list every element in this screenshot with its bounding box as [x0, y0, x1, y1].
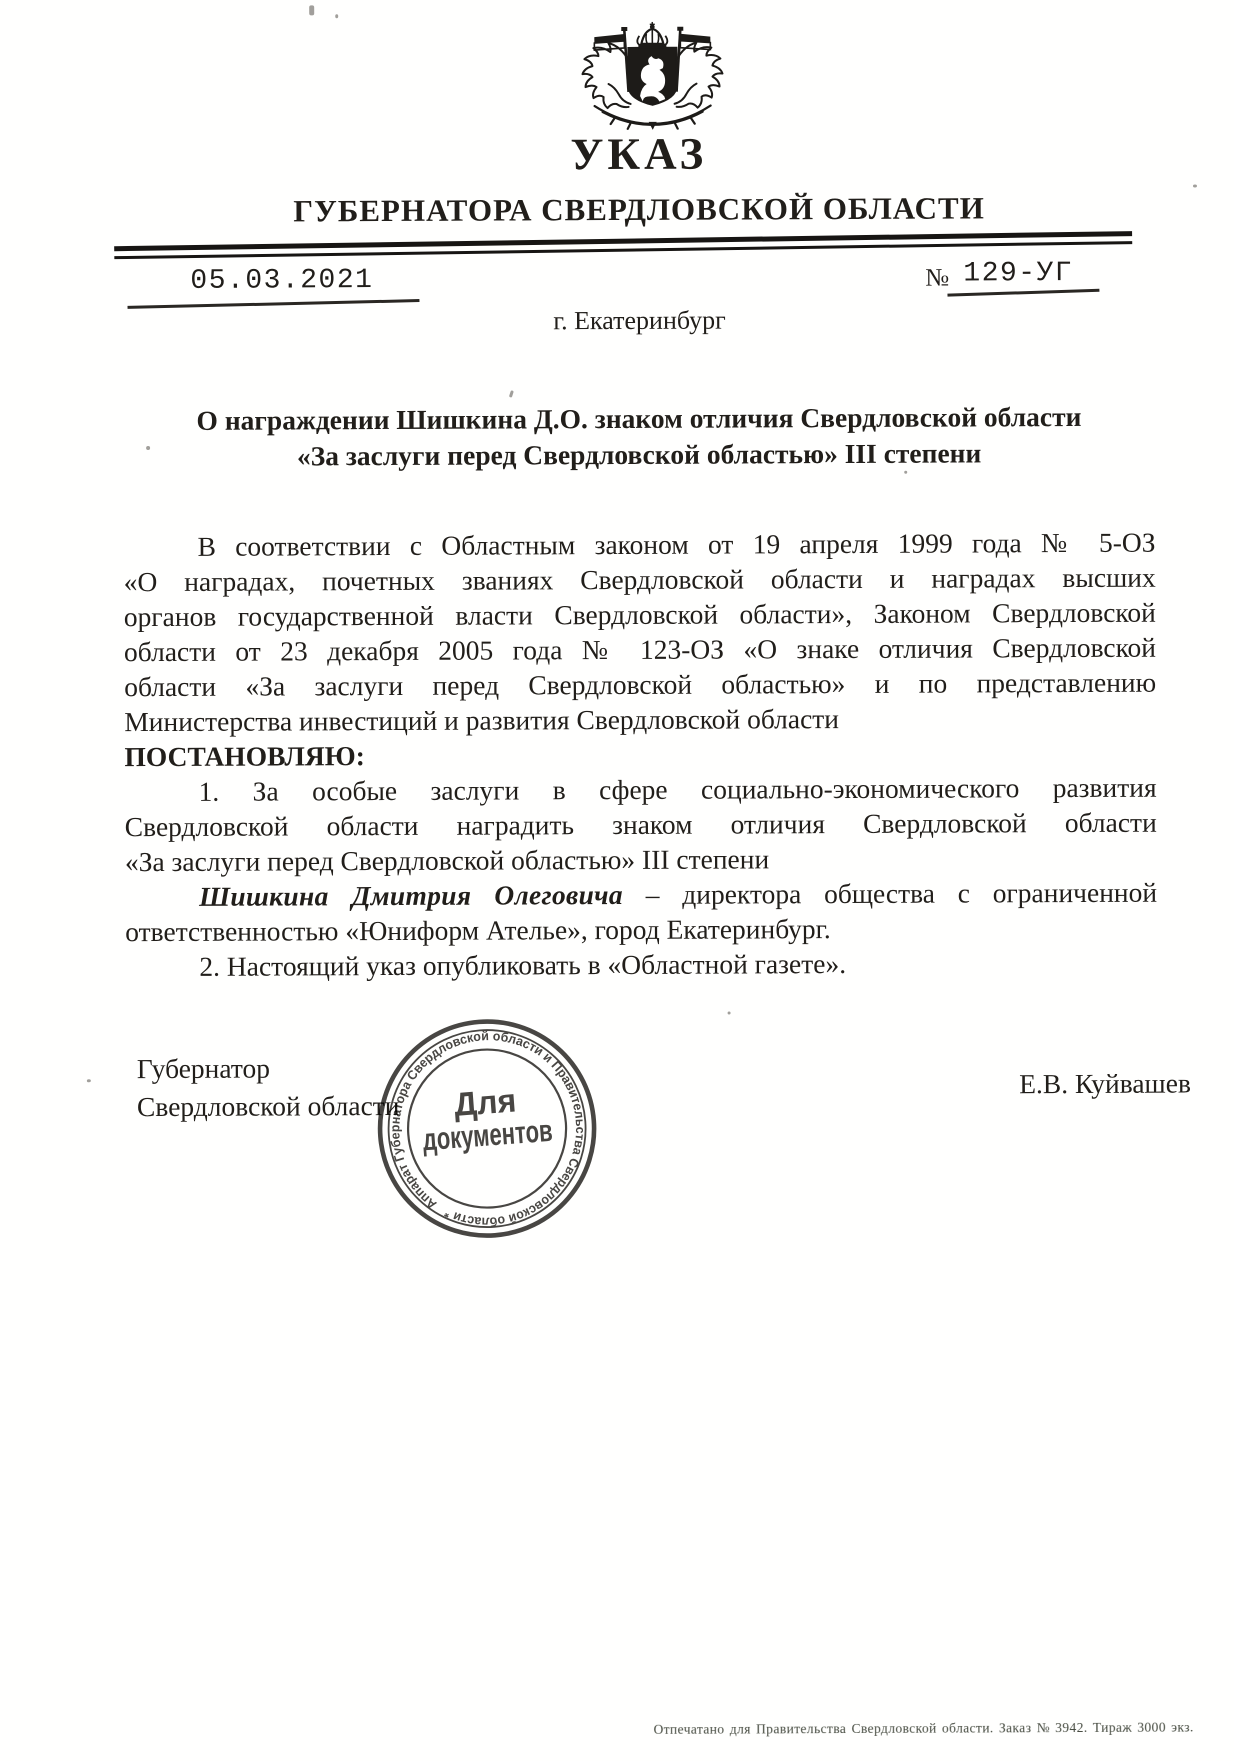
signatory-title-line-2: Свердловской области [137, 1087, 400, 1126]
document-body: В соответствии с Областным законом от 19… [123, 525, 1157, 984]
body-line: «О наградах, почетных званиях Свердловск… [124, 560, 1156, 600]
scan-speck [309, 5, 314, 15]
body-line: органов государственной власти Свердловс… [124, 595, 1156, 635]
body-line: 2. Настоящий указ опубликовать в «Област… [125, 945, 1157, 985]
doc-number-field: № 129-УГ [925, 265, 949, 293]
double-rule-divider [114, 231, 1132, 259]
body-line: области от 23 декабря 2005 года № 123-ОЗ… [124, 630, 1156, 670]
doc-type-title: УКАЗ [111, 126, 1167, 183]
body-line: области «За заслуги перед Свердловской о… [124, 665, 1156, 705]
body-line: ответственностью «Юниформ Ателье», город… [125, 910, 1157, 950]
scan-speck [87, 1079, 91, 1082]
number-value: 129-УГ [963, 258, 1073, 289]
number-underline [947, 289, 1099, 296]
scan-speck [728, 1012, 731, 1015]
body-line: 1. За особые заслуги в сфере социально-э… [125, 770, 1157, 810]
print-footer: Отпечатано для Правительства Свердловско… [654, 1719, 1194, 1737]
signatory-title: Губернатор Свердловской области [137, 1049, 400, 1126]
date-field: 05.03.2021 [190, 265, 373, 297]
official-stamp: Аппарат Губернатора Свердловской области… [363, 1004, 612, 1253]
number-sign: № [925, 265, 949, 292]
subject-title: О награждении Шишкина Д.О. знаком отличи… [133, 399, 1145, 475]
body-line: Шишкина Дмитрия Олеговича – директора об… [125, 875, 1157, 915]
stamp-center-text-line2: документов [421, 1113, 553, 1158]
subject-line-2: «За заслуги перед Свердловской областью»… [133, 435, 1145, 475]
scan-speck [509, 390, 514, 398]
issuer-title: ГУБЕРНАТОРА СВЕРДЛОВСКОЙ ОБЛАСТИ [111, 190, 1167, 231]
subject-line-1: О награждении Шишкина Д.О. знаком отличи… [133, 399, 1145, 439]
body-line: В соответствии с Областным законом от 19… [123, 525, 1155, 565]
document-content: УКАЗ ГУБЕРНАТОРА СВЕРДЛОВСКОЙ ОБЛАСТИ 05… [0, 0, 1234, 1761]
scanned-decree-page: УКАЗ ГУБЕРНАТОРА СВЕРДЛОВСКОЙ ОБЛАСТИ 05… [0, 0, 1234, 1761]
signatory-name: Е.В. Куйвашев [1019, 1067, 1191, 1100]
scan-speck [146, 446, 150, 450]
city-label: г. Екатеринбург [111, 304, 1167, 339]
scan-speck [904, 471, 907, 474]
body-line: Министерства инвестиций и развития Сверд… [124, 700, 1156, 740]
body-line: «За заслуги перед Свердловской областью»… [125, 840, 1157, 880]
scan-speck [335, 14, 338, 18]
body-line: ПОСТАНОВЛЯЮ: [124, 735, 1156, 775]
body-line: Свердловской области наградить знаком от… [125, 805, 1157, 845]
scan-speck [1193, 184, 1197, 187]
coat-of-arms-icon [578, 22, 726, 131]
signatory-title-line-1: Губернатор [137, 1049, 400, 1088]
